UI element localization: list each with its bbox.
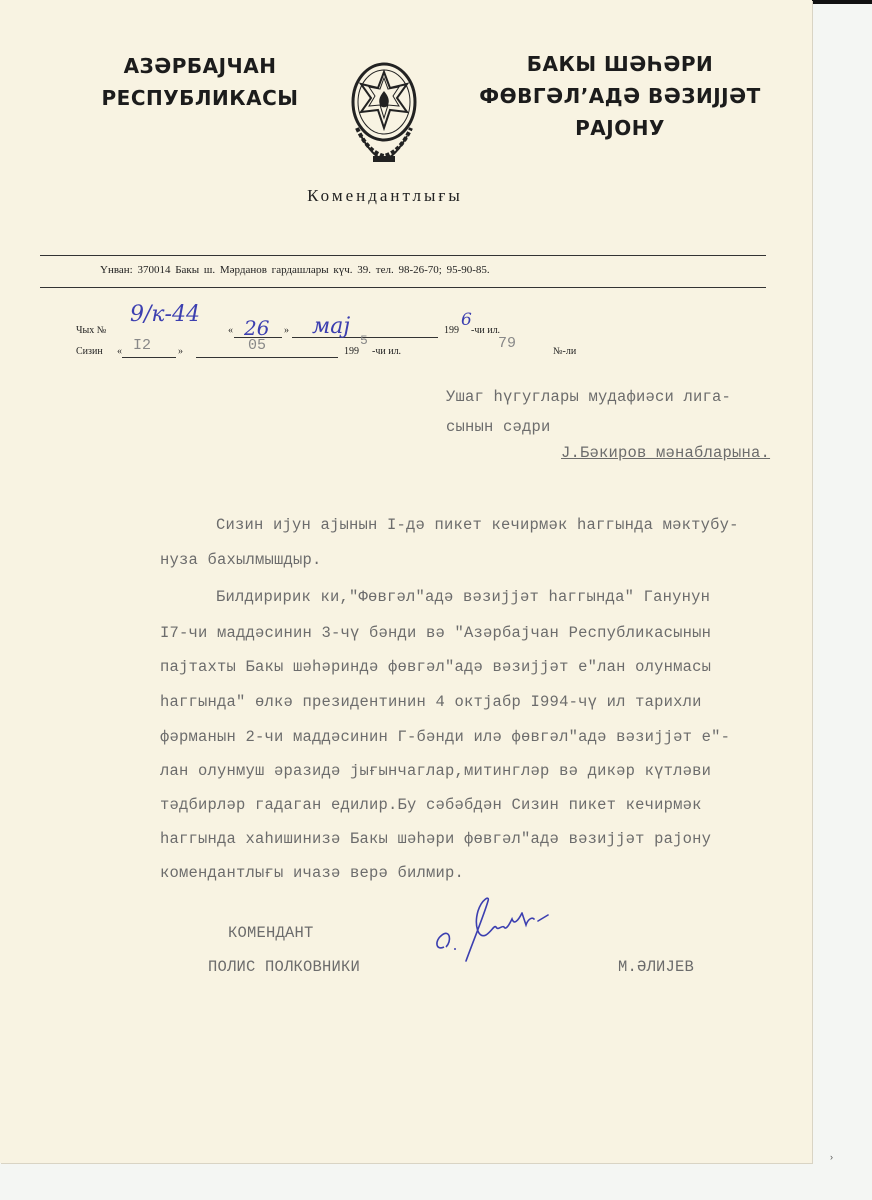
letterhead-right-line-1: БАКЫ ШӘҺӘРИ — [460, 48, 780, 80]
body-line-11: комендантлығы ичазә верә билмир. — [160, 864, 464, 882]
incoming-month: 05 — [248, 337, 266, 354]
body-line-10: һаггында хаһишинизә Бакы шәһәри фөвгәл"а… — [160, 830, 711, 848]
incoming-year-digit: 5 — [360, 333, 368, 348]
outgoing-year-prefix: 199 — [444, 325, 459, 336]
body-line-8: лан олунмуш әразидә јығынчаглар,митинглә… — [160, 762, 711, 780]
body-line-5: пајтахты Бакы шәһәриндә фөвгәл"адә вәзиј… — [160, 658, 711, 676]
body-line-6: һаггында" өлкә президентинин 4 октјабр I… — [160, 693, 702, 711]
incoming-number-suffix: №-ли — [553, 346, 576, 357]
incoming-label: Сизин — [76, 346, 103, 357]
incoming-day-blank — [122, 357, 176, 358]
body-line-7: фәрманын 2-чи маддәсинин Г-бәнди илә фөв… — [160, 728, 730, 746]
scan-edge-top-right — [812, 0, 872, 4]
body-line-4: I7-чи маддәсинин 3-чү бәнди вә "Азәрбајч… — [160, 624, 711, 642]
letterhead-left-line-1: АЗӘРБАЈЧАН — [85, 50, 315, 82]
incoming-month-blank — [196, 357, 338, 358]
scan-mark: › — [830, 1152, 833, 1162]
outgoing-number: 9/к-44 — [130, 302, 200, 327]
incoming-day-open: « — [117, 346, 122, 357]
outgoing-year-suffix: -чи ил. — [471, 325, 500, 336]
office-title: Комендантлығы — [240, 186, 530, 206]
incoming-day: I2 — [133, 337, 151, 354]
handwritten-signature-icon — [430, 895, 560, 965]
signer-name: М.ӘЛИЈЕВ — [618, 958, 694, 976]
incoming-number: 79 — [498, 335, 516, 352]
body-line-3: Билдиририк ки,"Фөвгәл"адә вәзијјәт һаггы… — [216, 588, 710, 606]
outgoing-month: мај — [312, 314, 350, 339]
coat-of-arms-icon — [347, 58, 421, 170]
body-line-1: Сизин ијун ајынын I-дә пикет кечирмәк һа… — [216, 516, 739, 534]
addressee-line-1: Ушаг һүгуглары мудафиәси лига- — [446, 388, 731, 406]
outgoing-label: Чых № — [76, 325, 106, 336]
header-rule-bottom — [40, 287, 766, 288]
body-line-2: нуза бахылмышдыр. — [160, 551, 322, 569]
body-line-9: тәдбирләр гадаган едилир.Бу сәбәбдән Сиз… — [160, 796, 702, 814]
letterhead-left: АЗӘРБАЈЧАН РЕСПУБЛИКАСЫ — [85, 50, 315, 114]
letter-page: АЗӘРБАЈЧАН РЕСПУБЛИКАСЫ БАКЫ ШӘҺӘРИ ФӨВГ… — [0, 0, 812, 1163]
office-address: Үнван: 370014 Бакы ш. Мәрданов гардашлар… — [100, 264, 490, 276]
incoming-day-close: » — [178, 346, 183, 357]
outgoing-day-open: « — [228, 325, 233, 336]
header-rule-top — [40, 255, 766, 256]
signer-title-2: ПОЛИС ПОЛКОВНИКИ — [208, 958, 360, 976]
letterhead-right: БАКЫ ШӘҺӘРИ ФӨВГӘЛ’АДӘ ВӘЗИЈЈӘТ РАЈОНУ — [460, 48, 780, 144]
addressee-line-3: Ј.Бәкиров мәнабларына. — [561, 444, 770, 462]
addressee-line-2: сынын сәдри — [446, 418, 551, 436]
outgoing-day-close: » — [284, 325, 289, 336]
incoming-year-suffix: -чи ил. — [372, 346, 401, 357]
incoming-year-prefix: 199 — [344, 346, 359, 357]
signer-title-1: КОМЕНДАНТ — [228, 924, 314, 942]
letterhead-right-line-2: ФӨВГӘЛ’АДӘ ВӘЗИЈЈӘТ — [460, 80, 780, 112]
letterhead-right-line-3: РАЈОНУ — [460, 112, 780, 144]
letterhead-left-line-2: РЕСПУБЛИКАСЫ — [85, 82, 315, 114]
